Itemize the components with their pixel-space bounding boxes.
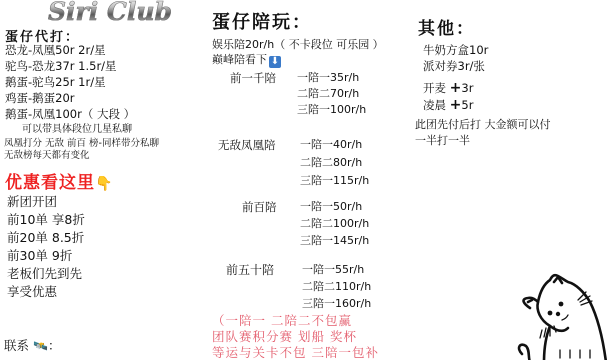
- boost-note: 可以带具体段位几星私聊: [22, 124, 132, 136]
- pink-note: 等运与关卡不包 三陪一包补: [212, 344, 379, 360]
- promo-line: 享受优惠: [7, 284, 57, 300]
- contact-label: 联系: [4, 338, 29, 353]
- tier-row: 二陪二80r/h: [300, 155, 362, 171]
- extra-value: 5r: [461, 98, 473, 112]
- cat-illustration-icon: [510, 262, 615, 360]
- boost-item: 鹅蛋-驼鸟25r 1r/星: [5, 74, 106, 90]
- down-arrow-icon: ⬇: [269, 56, 281, 68]
- tier-name: 无敌凤凰陪: [218, 137, 276, 153]
- promo-heading: 优惠看这里👇: [5, 168, 113, 193]
- promo-heading-text: 优惠看这里: [5, 173, 95, 193]
- tier-row: 三陪一160r/h: [302, 296, 371, 312]
- contact-colon: ：: [48, 338, 61, 353]
- other-note: 一半打一半: [415, 133, 470, 149]
- plus-icon: +: [450, 97, 462, 113]
- tier-row: 二陪二110r/h: [302, 279, 371, 295]
- tier-row: 一陪一50r/h: [300, 199, 362, 215]
- boost-item: 鸡蛋-鹅蛋20r: [5, 90, 75, 106]
- promo-line: 老板们先到先: [7, 266, 82, 282]
- pointing-down-hand-icon: 👇: [95, 176, 113, 192]
- other-title: 其他：: [418, 14, 475, 39]
- promo-line: 前30单 9折: [7, 248, 72, 264]
- boost-item: 恐龙-凤凰50r 2r/星: [5, 42, 106, 58]
- boost-note: 凤凰打分 无敌 前百 榜-同样带分私聊: [4, 138, 159, 150]
- entertain-line: 娱乐陪20r/h（ 不卡段位 可乐园 ）: [212, 37, 384, 53]
- other-item: 派对券3r/张: [423, 58, 485, 74]
- tier-row: 一陪一40r/h: [300, 137, 362, 153]
- other-note: 此团先付后打 大金额可以付: [415, 117, 551, 133]
- other-extra: 开麦 +3r: [423, 80, 473, 96]
- extra-value: 3r: [461, 81, 473, 95]
- promo-line: 新团开团: [7, 194, 57, 210]
- extra-label: 开麦: [423, 81, 446, 95]
- companion-title: 蛋仔陪玩：: [212, 8, 312, 34]
- tier-name: 前百陪: [242, 199, 277, 215]
- other-extra: 凌晨 +5r: [423, 97, 473, 113]
- boost-item: 驼鸟-恐龙37r 1.5r/星: [5, 58, 117, 74]
- tier-row: 三陪一100r/h: [297, 102, 366, 118]
- peak-text: 巅峰陪看下: [212, 53, 267, 66]
- tier-row: 三陪一145r/h: [300, 233, 369, 249]
- logo: Siri Club: [48, 0, 172, 26]
- tier-row: 二陪二100r/h: [300, 216, 369, 232]
- tier-name: 前五十陪: [226, 262, 274, 278]
- boost-item: 鹅蛋-凤凰100r（ 大段 ）: [5, 106, 135, 122]
- tier-row: 一陪一35r/h: [297, 70, 359, 86]
- tier-name: 前一千陪: [230, 70, 276, 86]
- other-item: 牛奶方盒10r: [423, 42, 488, 58]
- tier-row: 一陪一55r/h: [302, 262, 364, 278]
- tier-row: 二陪二70r/h: [297, 86, 359, 102]
- promo-line: 前20单 8.5折: [7, 230, 84, 246]
- peak-line: 巅峰陪看下⬇: [212, 52, 281, 68]
- extra-label: 凌晨: [423, 98, 446, 112]
- boost-note: 无敌榜每天都有变化: [4, 150, 90, 162]
- promo-line: 前10单 享8折: [7, 212, 85, 228]
- tier-row: 三陪一115r/h: [300, 173, 369, 189]
- contact: 联系 🛰️：: [4, 336, 60, 354]
- satellite-icon: 🛰️: [33, 339, 48, 353]
- plus-icon: +: [450, 80, 462, 96]
